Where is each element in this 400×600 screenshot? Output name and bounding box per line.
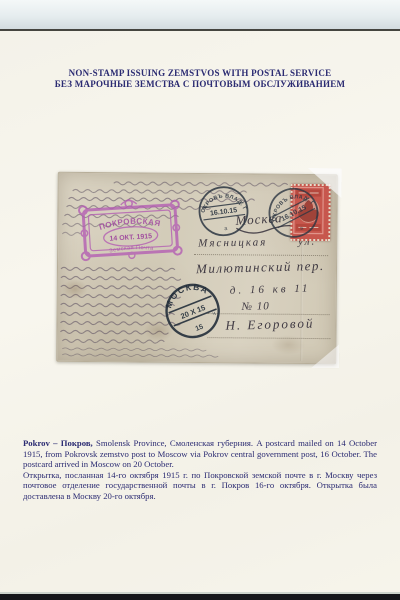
page-title-russian: БЕЗ МАРОЧНЫЕ ЗЕМСТВА С ПОЧТОВЫМ ОБСЛУЖИВ… <box>0 79 400 90</box>
caption-english: Pokrov – Покров, Smolensk Province, Смол… <box>23 438 377 470</box>
pokrov-postmark: ПОКРОВЪ ВЛАД. Г. 16.10.15 а <box>192 180 255 243</box>
album-page: NON-STAMP ISSUING ZEMSTVOS WITH POSTAL S… <box>0 31 400 592</box>
postmark-serial: а <box>299 225 305 232</box>
exhibit-scan: { "page": { "header": { "line1": "NON-ST… <box>0 0 400 600</box>
scanner-background <box>0 0 400 29</box>
address-lane: Милютинский пер. <box>196 258 325 277</box>
zemstvo-cachet: ПОКРОВСКАЯ 14 ОКТ. 1915 Земская Почта <box>76 190 184 270</box>
postmark-side-letter: ч <box>212 311 217 318</box>
cachet-date: 14 ОКТ. 1915 <box>109 233 152 243</box>
page-top-edge <box>0 29 400 31</box>
caption-lead: Pokrov – Покров, <box>23 438 93 448</box>
page-title: NON-STAMP ISSUING ZEMSTVOS WITH POSTAL S… <box>0 68 400 89</box>
stain <box>62 279 88 299</box>
caption-block: Pokrov – Покров, Smolensk Province, Смол… <box>23 438 377 502</box>
postmark-bottom: 15 <box>194 323 204 332</box>
postmark-serial: а <box>224 226 229 232</box>
page-title-english: NON-STAMP ISSUING ZEMSTVOS WITH POSTAL S… <box>0 68 400 79</box>
address-recipient: Н. Егоровой <box>225 315 314 333</box>
address-house: д. 16 кв 11 <box>230 283 311 297</box>
postcard: ПОКРОВСКАЯ 14 ОКТ. 1915 Земская Почта Мо… <box>56 172 338 364</box>
scanner-edge <box>0 594 400 600</box>
caption-russian: Открытка, посланная 14-го октября 1915 г… <box>23 470 377 502</box>
address-apartment: № 10 <box>242 300 270 313</box>
cachet-frame <box>79 197 182 261</box>
